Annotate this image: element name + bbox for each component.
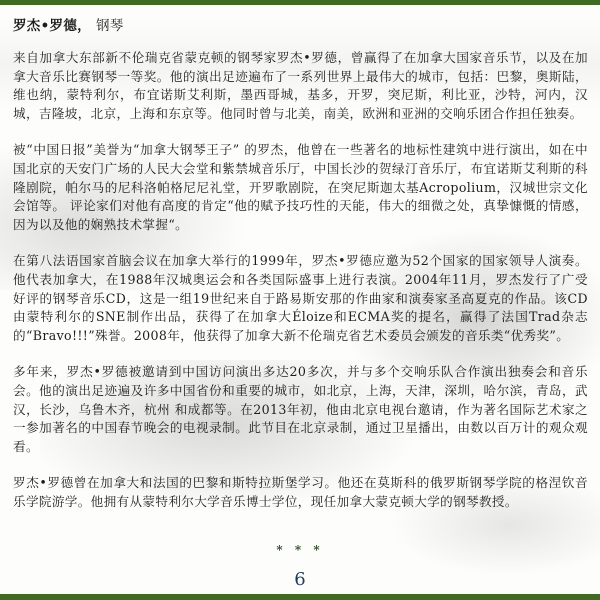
bio-paragraph-4: 多年来，罗杰•罗德被邀请到中国访问演出多达20多次，并与多个交响乐队合作演出独奏… [13, 363, 588, 456]
page-number: 6 [0, 569, 600, 590]
bottom-border [0, 594, 600, 600]
top-border [0, 0, 600, 5]
bio-paragraph-1: 来自加拿大东部新不伦瑞克省蒙克顿的钢琴家罗杰•罗德，曾赢得了在加拿大国家音乐节，… [13, 49, 588, 123]
artist-instrument: 钢琴 [96, 18, 124, 34]
section-separator: * * * [0, 543, 600, 557]
page-title: 罗杰•罗德， 钢琴 [13, 14, 588, 34]
page-content: 罗杰•罗德， 钢琴 来自加拿大东部新不伦瑞克省蒙克顿的钢琴家罗杰•罗德，曾赢得了… [13, 14, 588, 529]
artist-name: 罗杰•罗德， [13, 18, 91, 34]
bio-paragraph-3: 在第八法语国家首脑会议在加拿大举行的1999年，罗杰•罗德应邀为52个国家的国家… [13, 252, 588, 345]
bio-paragraph-2: 被“中国日报”美誉为“加拿大钢琴王子” 的罗杰，他曾在一些著名的地标性建筑中进行… [13, 141, 588, 234]
bio-paragraph-5: 罗杰•罗德曾在加拿大和法国的巴黎和斯特拉斯堡学习。他还在莫斯科的俄罗斯钢琴学院的… [13, 474, 588, 511]
